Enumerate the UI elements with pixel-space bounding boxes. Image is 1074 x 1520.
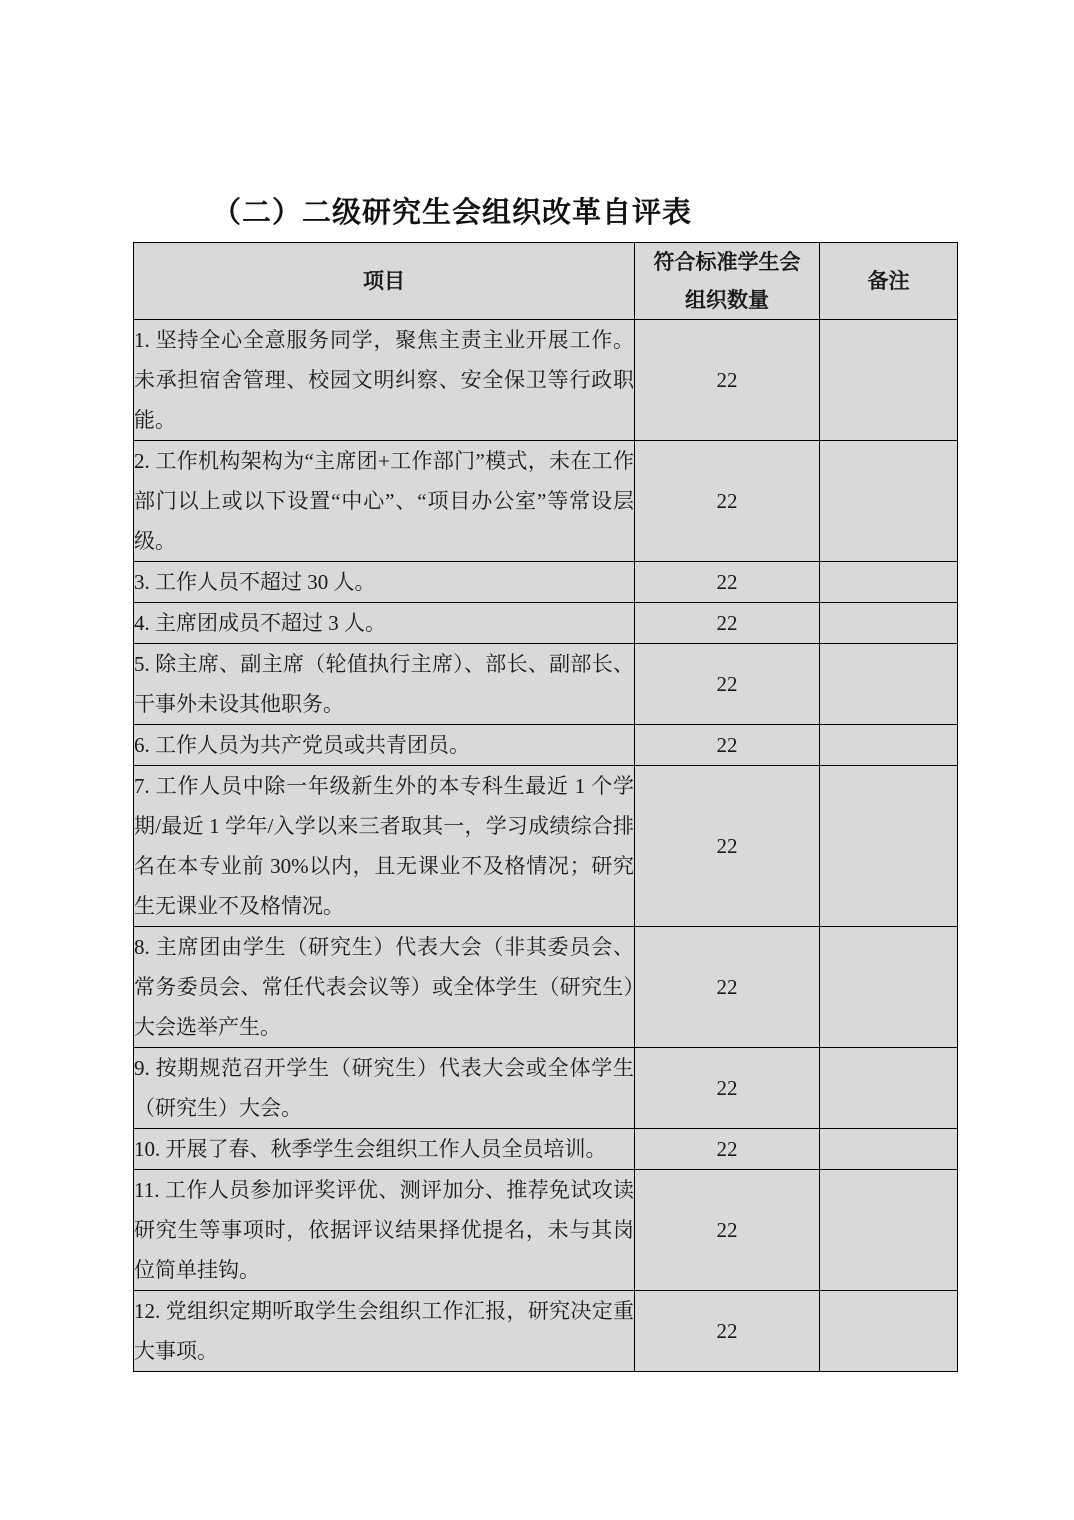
column-header-remark: 备注 xyxy=(820,243,958,320)
table-row: 1. 坚持全心全意服务同学，聚焦主责主业开展工作。未承担宿舍管理、校园文明纠察、… xyxy=(134,320,958,441)
remark-cell xyxy=(820,1048,958,1129)
count-cell: 22 xyxy=(635,766,820,927)
table-row: 12. 党组织定期听取学生会组织工作汇报，研究决定重大事项。 22 xyxy=(134,1291,958,1372)
item-cell: 3. 工作人员不超过 30 人。 xyxy=(134,562,635,603)
remark-cell xyxy=(820,441,958,562)
item-cell: 11. 工作人员参加评奖评优、测评加分、推荐免试攻读研究生等事项时，依据评议结果… xyxy=(134,1170,635,1291)
remark-cell xyxy=(820,1291,958,1372)
remark-cell xyxy=(820,766,958,927)
count-cell: 22 xyxy=(635,1291,820,1372)
item-cell: 2. 工作机构架构为“主席团+工作部门”模式，未在工作部门以上或以下设置“中心”… xyxy=(134,441,635,562)
document-page: （二）二级研究生会组织改革自评表 项目 符合标准学生会组织数量 备注 1. 坚持… xyxy=(0,0,1074,1520)
item-cell: 9. 按期规范召开学生（研究生）代表大会或全体学生（研究生）大会。 xyxy=(134,1048,635,1129)
remark-cell xyxy=(820,1129,958,1170)
item-cell: 1. 坚持全心全意服务同学，聚焦主责主业开展工作。未承担宿舍管理、校园文明纠察、… xyxy=(134,320,635,441)
count-cell: 22 xyxy=(635,1170,820,1291)
count-cell: 22 xyxy=(635,1048,820,1129)
remark-cell xyxy=(820,1170,958,1291)
item-cell: 8. 主席团由学生（研究生）代表大会（非其委员会、常务委员会、常任代表会议等）或… xyxy=(134,927,635,1048)
item-cell: 7. 工作人员中除一年级新生外的本专科生最近 1 个学期/最近 1 学年/入学以… xyxy=(134,766,635,927)
table-row: 3. 工作人员不超过 30 人。 22 xyxy=(134,562,958,603)
count-cell: 22 xyxy=(635,320,820,441)
item-cell: 12. 党组织定期听取学生会组织工作汇报，研究决定重大事项。 xyxy=(134,1291,635,1372)
table-row: 7. 工作人员中除一年级新生外的本专科生最近 1 个学期/最近 1 学年/入学以… xyxy=(134,766,958,927)
column-header-item: 项目 xyxy=(134,243,635,320)
count-cell: 22 xyxy=(635,562,820,603)
table-row: 5. 除主席、副主席（轮值执行主席）、部长、副部长、干事外未设其他职务。 22 xyxy=(134,644,958,725)
item-cell: 10. 开展了春、秋季学生会组织工作人员全员培训。 xyxy=(134,1129,635,1170)
count-cell: 22 xyxy=(635,441,820,562)
remark-cell xyxy=(820,562,958,603)
remark-cell xyxy=(820,927,958,1048)
table-row: 10. 开展了春、秋季学生会组织工作人员全员培训。 22 xyxy=(134,1129,958,1170)
table-header: 项目 符合标准学生会组织数量 备注 xyxy=(134,243,958,320)
count-cell: 22 xyxy=(635,725,820,766)
count-cell: 22 xyxy=(635,927,820,1048)
count-cell: 22 xyxy=(635,603,820,644)
count-cell: 22 xyxy=(635,644,820,725)
table-row: 9. 按期规范召开学生（研究生）代表大会或全体学生（研究生）大会。 22 xyxy=(134,1048,958,1129)
header-row: 项目 符合标准学生会组织数量 备注 xyxy=(134,243,958,320)
column-header-count: 符合标准学生会组织数量 xyxy=(635,243,820,320)
page-title: （二）二级研究生会组织改革自评表 xyxy=(212,190,692,231)
count-cell: 22 xyxy=(635,1129,820,1170)
table-row: 6. 工作人员为共产党员或共青团员。 22 xyxy=(134,725,958,766)
table-body: 1. 坚持全心全意服务同学，聚焦主责主业开展工作。未承担宿舍管理、校园文明纠察、… xyxy=(134,320,958,1372)
remark-cell xyxy=(820,644,958,725)
item-cell: 4. 主席团成员不超过 3 人。 xyxy=(134,603,635,644)
item-cell: 5. 除主席、副主席（轮值执行主席）、部长、副部长、干事外未设其他职务。 xyxy=(134,644,635,725)
self-evaluation-table: 项目 符合标准学生会组织数量 备注 1. 坚持全心全意服务同学，聚焦主责主业开展… xyxy=(133,242,958,1372)
remark-cell xyxy=(820,725,958,766)
table-row: 2. 工作机构架构为“主席团+工作部门”模式，未在工作部门以上或以下设置“中心”… xyxy=(134,441,958,562)
item-cell: 6. 工作人员为共产党员或共青团员。 xyxy=(134,725,635,766)
remark-cell xyxy=(820,320,958,441)
table-row: 8. 主席团由学生（研究生）代表大会（非其委员会、常务委员会、常任代表会议等）或… xyxy=(134,927,958,1048)
table-row: 11. 工作人员参加评奖评优、测评加分、推荐免试攻读研究生等事项时，依据评议结果… xyxy=(134,1170,958,1291)
table-row: 4. 主席团成员不超过 3 人。 22 xyxy=(134,603,958,644)
remark-cell xyxy=(820,603,958,644)
